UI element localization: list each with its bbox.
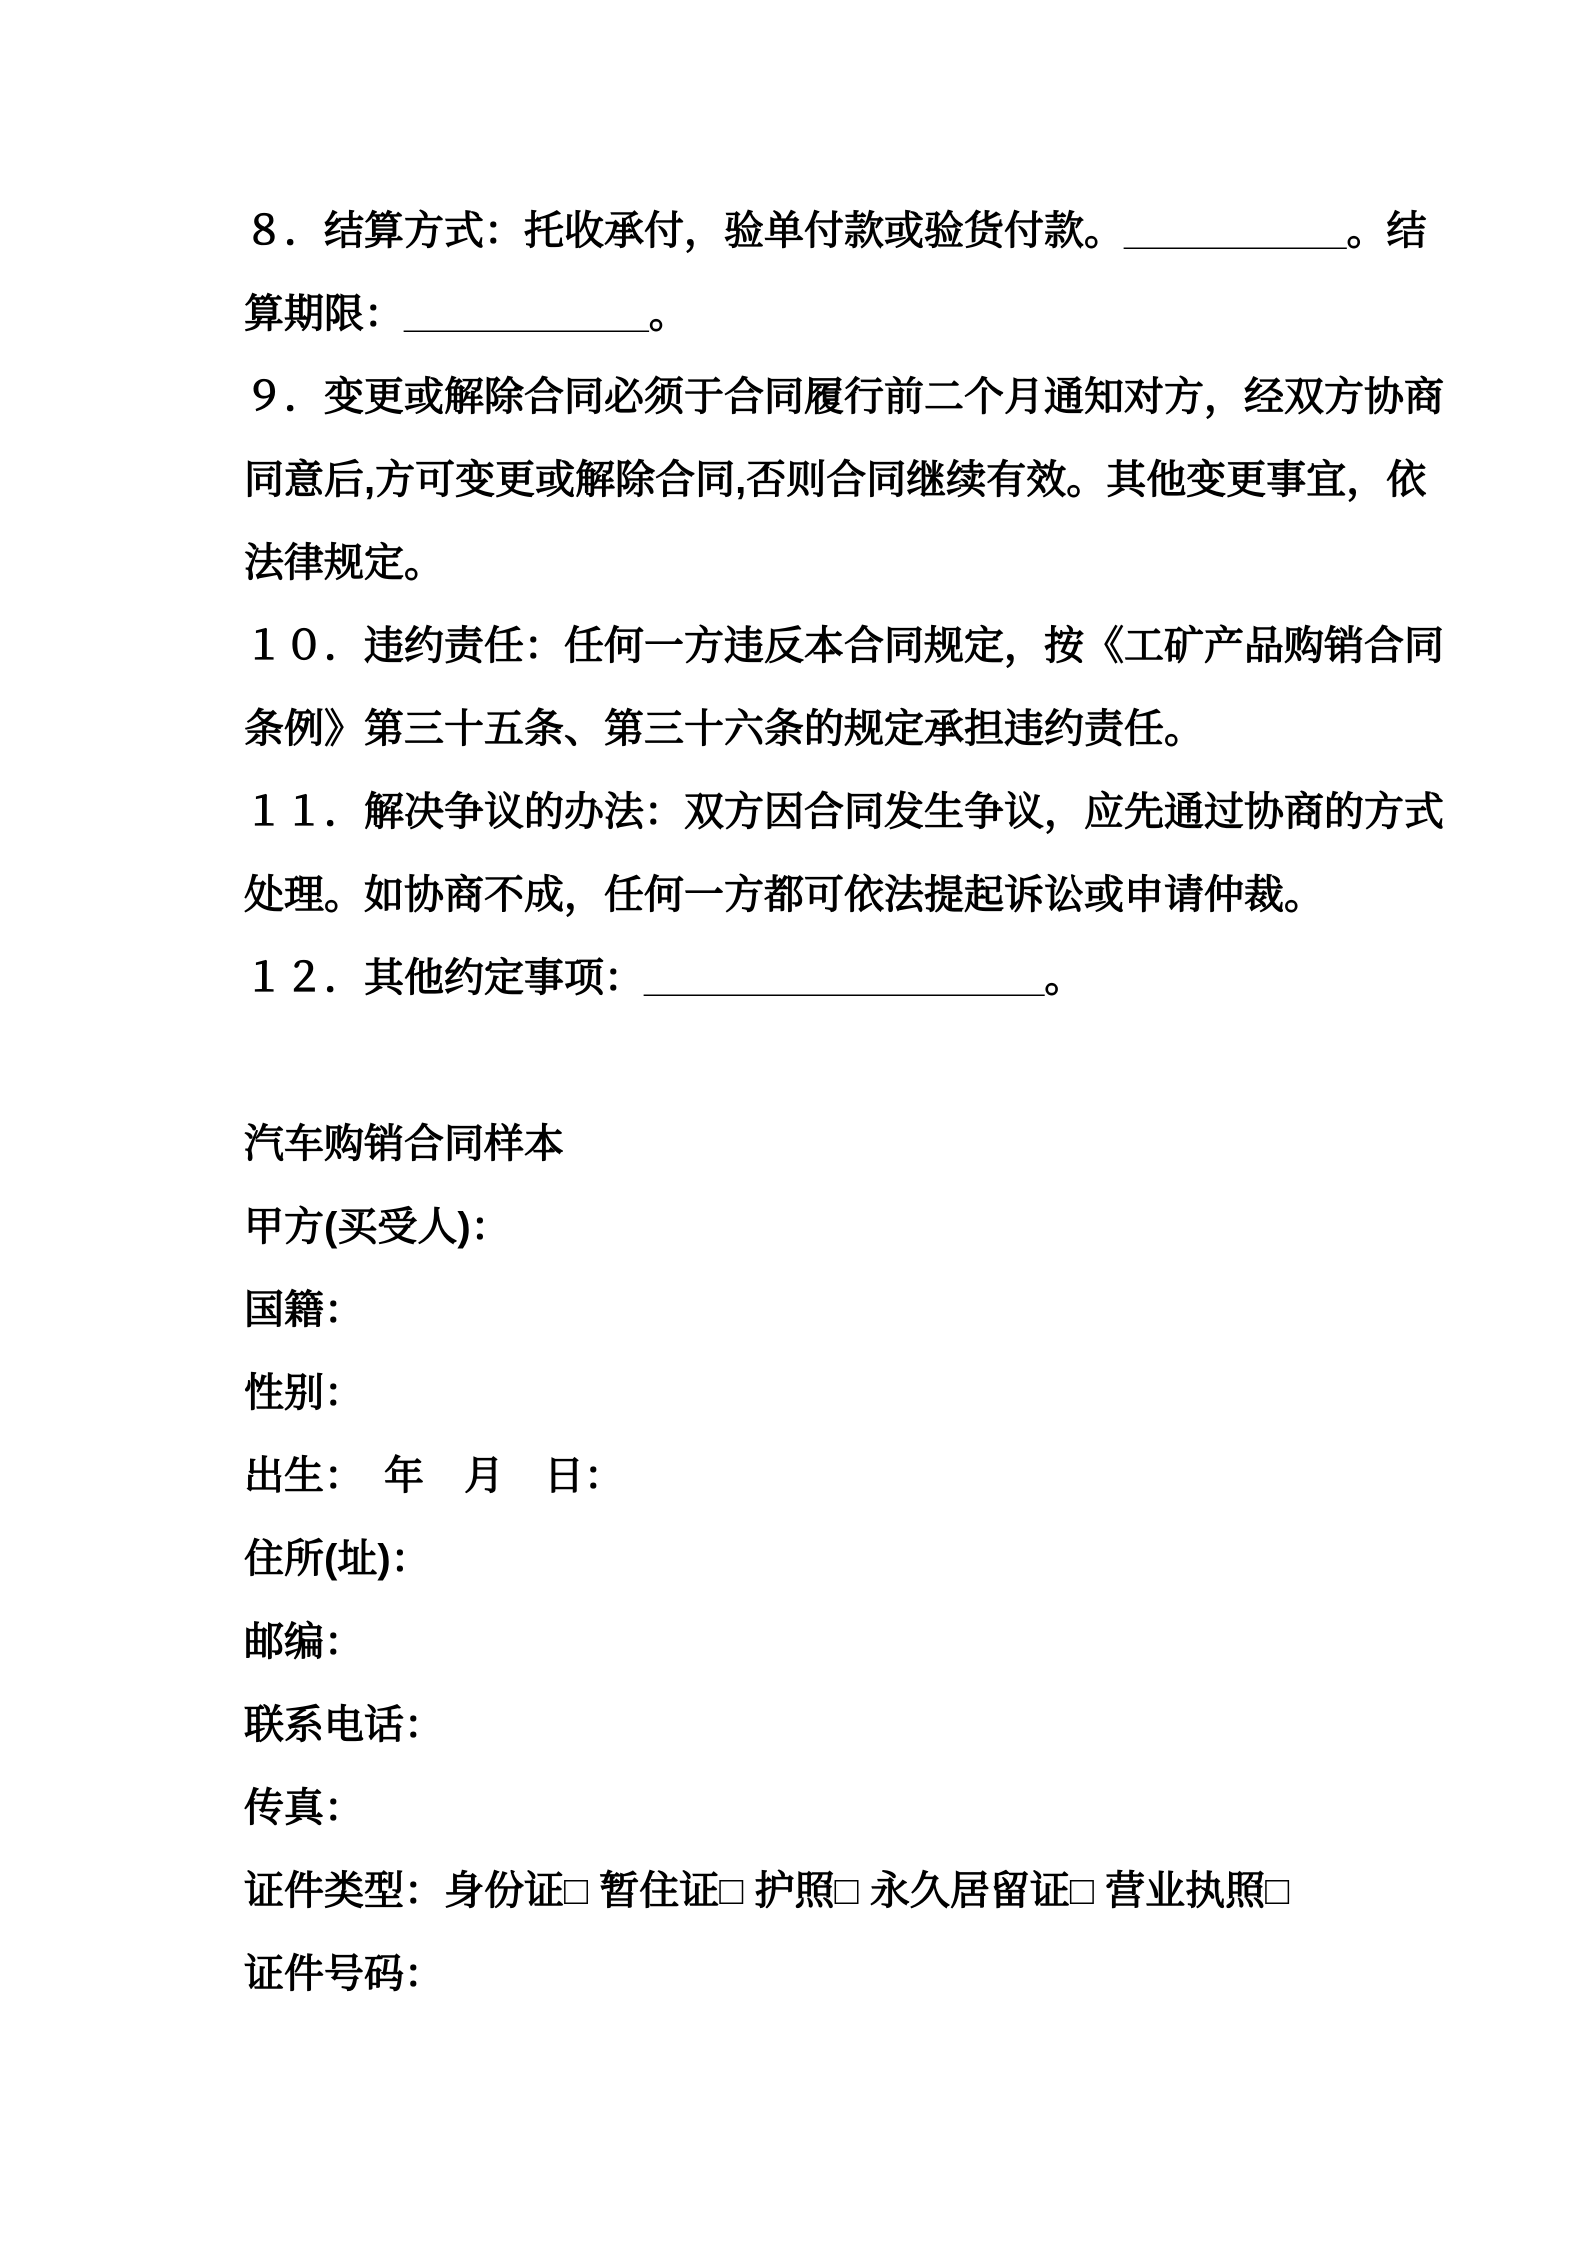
clause-8-settlement-method: ８．结算方式：托收承付，验单付款或验货付款。__________。结 算期限：_… — [244, 190, 1524, 356]
field-postal-code: 邮编： — [244, 1601, 1524, 1684]
contract-document: ８．结算方式：托收承付，验单付款或验货付款。__________。结 算期限：_… — [244, 190, 1524, 2016]
field-address: 住所(址)： — [244, 1518, 1524, 1601]
clause-11-dispute-resolution: １１．解决争议的办法：双方因合同发生争议，应先通过协商的方式 处理。如协商不成，… — [244, 771, 1524, 937]
field-fax: 传真： — [244, 1767, 1524, 1850]
clause-9-modification-termination: ９．变更或解除合同必须于合同履行前二个月通知对方，经双方协商 同意后,方可变更或… — [244, 356, 1524, 605]
field-buyer-party-a: 甲方(买受人)： — [244, 1186, 1524, 1269]
field-birth-date: 出生： 年 月 日： — [244, 1435, 1524, 1518]
field-nationality: 国籍： — [244, 1269, 1524, 1352]
clause-12-other-agreed-matters: １２．其他约定事项：__________________。 — [244, 937, 1524, 1020]
field-contact-phone: 联系电话： — [244, 1684, 1524, 1767]
sample-contract-title: 汽车购销合同样本 — [244, 1103, 1524, 1186]
field-gender: 性别： — [244, 1352, 1524, 1435]
field-id-type-checkboxes: 证件类型：身份证□ 暂住证□ 护照□ 永久居留证□ 营业执照□ — [244, 1850, 1524, 1933]
clause-10-breach-liability: １０．违约责任：任何一方违反本合同规定，按《工矿产品购销合同 条例》第三十五条、… — [244, 605, 1524, 771]
field-id-number: 证件号码： — [244, 1933, 1524, 2016]
